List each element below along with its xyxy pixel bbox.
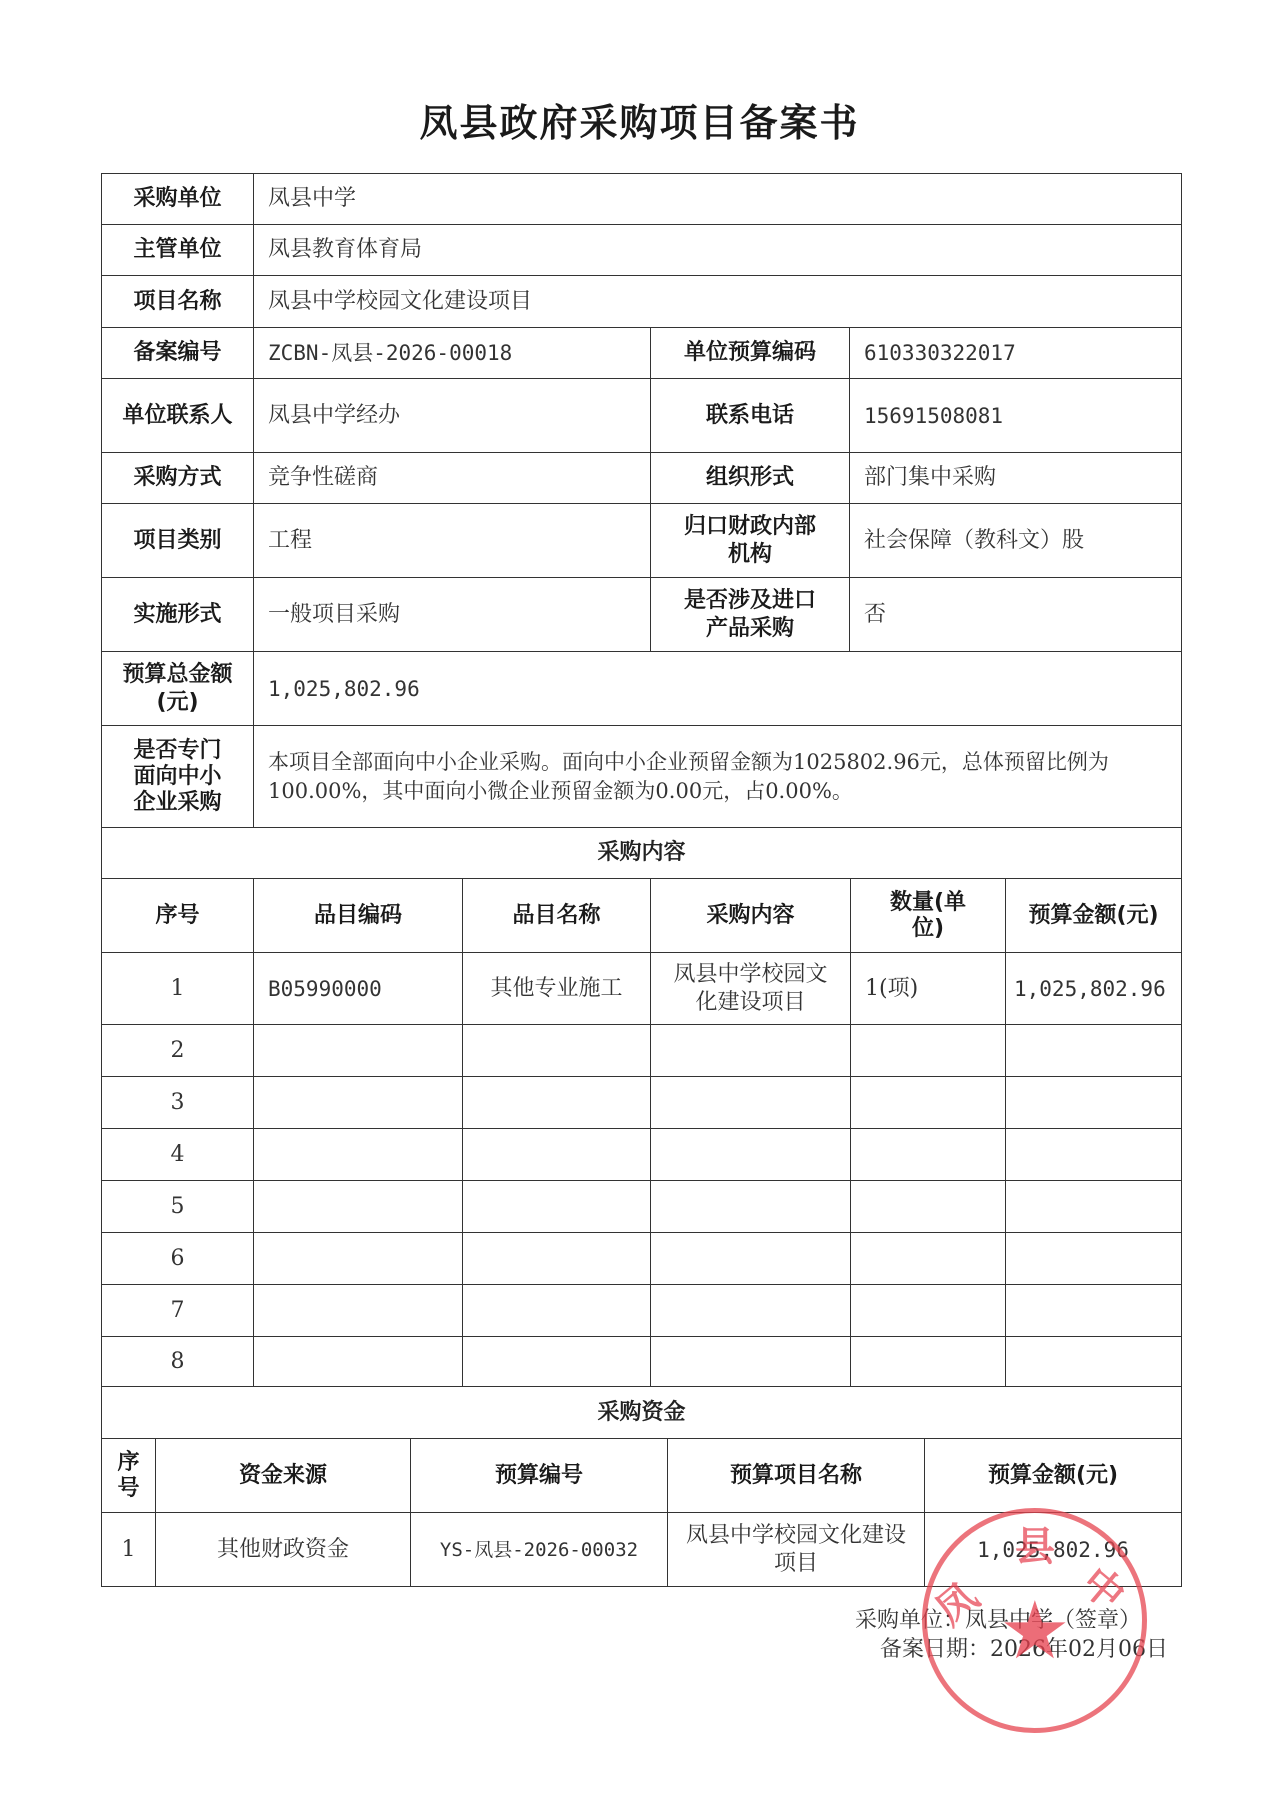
- label-total-budget: 预算总金额(元): [101, 651, 254, 726]
- items-header-code: 品目编码: [253, 878, 463, 953]
- section-funds-title: 采购资金: [101, 1386, 1182, 1439]
- value-project-name: 凤县中学校园文化建设项目: [253, 275, 1182, 328]
- label-budget-code: 单位预算编码: [650, 327, 850, 379]
- value-contact: 凤县中学经办: [253, 378, 651, 453]
- items-cell-code: [253, 1232, 463, 1285]
- value-purchaser: 凤县中学: [253, 173, 1182, 225]
- items-cell-code: [253, 1284, 463, 1337]
- items-cell-name: [462, 1232, 651, 1285]
- items-cell-qty: [850, 1336, 1006, 1387]
- items-cell-seq: 1: [101, 952, 254, 1025]
- value-phone: 15691508081: [849, 378, 1182, 453]
- items-cell-code: [253, 1180, 463, 1233]
- label-filing-no: 备案编号: [101, 327, 254, 379]
- value-budget-code: 610330322017: [849, 327, 1182, 379]
- items-cell-content: [650, 1024, 851, 1077]
- items-header-name: 品目名称: [462, 878, 651, 953]
- funds-cell-source: 其他财政资金: [155, 1512, 411, 1587]
- items-cell-qty: 1(项): [850, 952, 1006, 1025]
- funds-header-source: 资金来源: [155, 1438, 411, 1513]
- label-phone: 联系电话: [650, 378, 850, 453]
- label-supervisor: 主管单位: [101, 224, 254, 276]
- items-header-content: 采购内容: [650, 878, 851, 953]
- items-cell-name: [462, 1076, 651, 1129]
- items-cell-name: [462, 1024, 651, 1077]
- items-cell-qty: [850, 1128, 1006, 1181]
- items-cell-amount: [1005, 1336, 1182, 1387]
- items-cell-content: [650, 1336, 851, 1387]
- funds-cell-seq: 1: [101, 1512, 156, 1587]
- items-cell-seq: 7: [101, 1284, 254, 1337]
- items-cell-qty: [850, 1076, 1006, 1129]
- items-cell-code: [253, 1076, 463, 1129]
- items-cell-amount: [1005, 1128, 1182, 1181]
- funds-header-seq: 序号: [101, 1438, 156, 1513]
- items-cell-content: [650, 1076, 851, 1129]
- label-org-form: 组织形式: [650, 452, 850, 504]
- funds-header-project-name: 预算项目名称: [667, 1438, 925, 1513]
- label-finance-dept: 归口财政内部机构: [650, 503, 850, 578]
- items-cell-amount: [1005, 1232, 1182, 1285]
- value-sme: 本项目全部面向中小企业采购。面向中小企业预留金额为1025802.96元，总体预…: [253, 725, 1182, 828]
- items-cell-seq: 5: [101, 1180, 254, 1233]
- items-cell-content: [650, 1128, 851, 1181]
- value-total-budget: 1,025,802.96: [253, 651, 1182, 726]
- funds-header-amount: 预算金额(元): [924, 1438, 1182, 1513]
- items-cell-seq: 6: [101, 1232, 254, 1285]
- items-header-qty: 数量(单位): [850, 878, 1006, 953]
- label-import: 是否涉及进口产品采购: [650, 577, 850, 652]
- value-finance-dept: 社会保障（教科文）股: [849, 503, 1182, 578]
- label-project-name: 项目名称: [101, 275, 254, 328]
- items-cell-amount: 1,025,802.96: [1005, 952, 1182, 1025]
- items-header-seq: 序号: [101, 878, 254, 953]
- items-cell-seq: 3: [101, 1076, 254, 1129]
- value-method: 竞争性磋商: [253, 452, 651, 504]
- items-cell-code: [253, 1336, 463, 1387]
- label-category: 项目类别: [101, 503, 254, 578]
- items-cell-code: [253, 1128, 463, 1181]
- items-cell-content: [650, 1284, 851, 1337]
- items-cell-name: [462, 1128, 651, 1181]
- items-cell-seq: 4: [101, 1128, 254, 1181]
- value-import: 否: [849, 577, 1182, 652]
- label-method: 采购方式: [101, 452, 254, 504]
- items-cell-qty: [850, 1232, 1006, 1285]
- value-supervisor: 凤县教育体育局: [253, 224, 1182, 276]
- funds-cell-amount: 1,025,802.96: [924, 1512, 1182, 1587]
- label-impl-form: 实施形式: [101, 577, 254, 652]
- value-filing-no: ZCBN-凤县-2026-00018: [253, 327, 651, 379]
- section-items-title: 采购内容: [101, 827, 1182, 879]
- funds-cell-project-name: 凤县中学校园文化建设项目: [667, 1512, 925, 1587]
- items-cell-qty: [850, 1284, 1006, 1337]
- items-cell-qty: [850, 1180, 1006, 1233]
- items-header-amount: 预算金额(元): [1005, 878, 1182, 953]
- items-cell-qty: [850, 1024, 1006, 1077]
- label-purchaser: 采购单位: [101, 173, 254, 225]
- items-cell-name: [462, 1336, 651, 1387]
- items-cell-name: [462, 1284, 651, 1337]
- funds-cell-budget-no: YS-凤县-2026-00032: [410, 1512, 668, 1587]
- label-sme: 是否专门面向中小企业采购: [101, 725, 254, 828]
- items-cell-amount: [1005, 1024, 1182, 1077]
- value-category: 工程: [253, 503, 651, 578]
- items-cell-content: 凤县中学校园文化建设项目: [650, 952, 851, 1025]
- value-impl-form: 一般项目采购: [253, 577, 651, 652]
- signature-line: 采购单位：凤县中学（签章）: [855, 1603, 1141, 1634]
- value-org-form: 部门集中采购: [849, 452, 1182, 504]
- items-cell-content: [650, 1180, 851, 1233]
- funds-header-budget-no: 预算编号: [410, 1438, 668, 1513]
- items-cell-name: 其他专业施工: [462, 952, 651, 1025]
- items-cell-content: [650, 1232, 851, 1285]
- items-cell-name: [462, 1180, 651, 1233]
- items-cell-code: [253, 1024, 463, 1077]
- items-cell-amount: [1005, 1180, 1182, 1233]
- items-cell-amount: [1005, 1284, 1182, 1337]
- document-title: 凤县政府采购项目备案书: [0, 92, 1279, 147]
- filing-date: 备案日期：2026年02月06日: [880, 1632, 1168, 1663]
- label-contact: 单位联系人: [101, 378, 254, 453]
- items-cell-seq: 8: [101, 1336, 254, 1387]
- items-cell-code: B05990000: [253, 952, 463, 1025]
- items-cell-amount: [1005, 1076, 1182, 1129]
- items-cell-seq: 2: [101, 1024, 254, 1077]
